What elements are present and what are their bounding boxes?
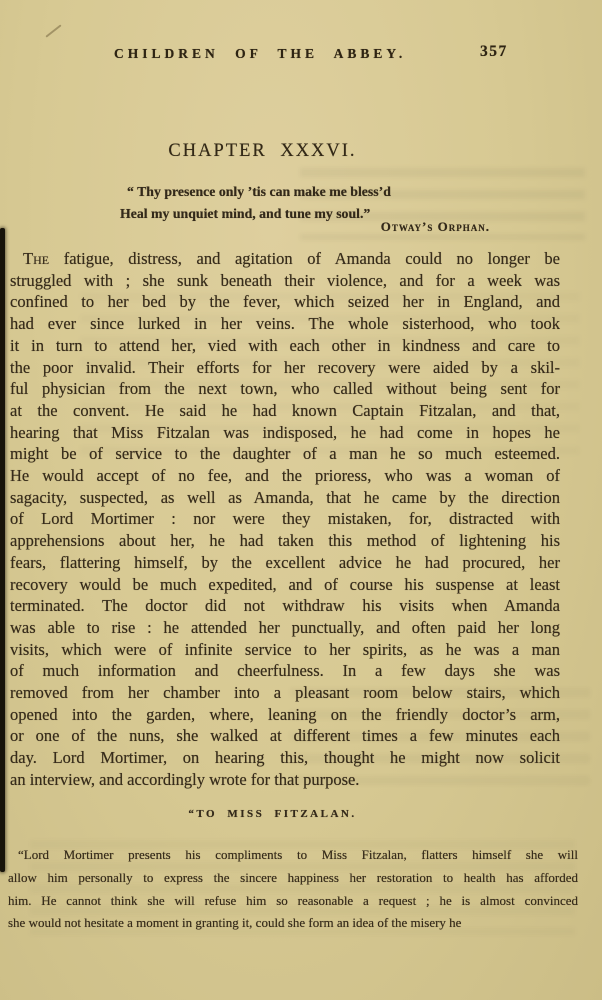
- body-line: might be of service to the daughter of a…: [10, 443, 560, 465]
- letter-salutation: “TO MISS FITZALAN.: [0, 808, 545, 820]
- body-line: recovery would be much expedited, and of…: [10, 574, 560, 596]
- letter-line: him. He cannot think she will refuse him…: [8, 890, 578, 913]
- letter-line: “Lord Mortimer presents his compliments …: [8, 844, 578, 867]
- epigraph-line-1: “ Thy presence only ’tis can make me ble…: [127, 181, 391, 203]
- body-line: the poor invalid. Their efforts for her …: [10, 357, 560, 379]
- body-line: day. Lord Mortimer, on hearing this, tho…: [10, 747, 560, 769]
- body-line: ful physician from the next town, who ca…: [10, 378, 560, 400]
- binding-shadow: [0, 228, 5, 872]
- body-line: struggled with ; she sunk beneath their …: [10, 270, 560, 292]
- body-line: had ever since lurked in her veins. The …: [10, 313, 560, 335]
- letter-body: “Lord Mortimer presents his compliments …: [8, 844, 578, 935]
- body-line: visits, which were of infinite service t…: [10, 639, 560, 661]
- body-line: confined to her bed by the fever, which …: [10, 291, 560, 313]
- body-line: was able to rise : he attended her punct…: [10, 617, 560, 639]
- body-line: The fatigue, distress, and agitation of …: [10, 248, 560, 270]
- body-line: terminated. The doctor did not withdraw …: [10, 595, 560, 617]
- body-line: hearing that Miss Fitzalan was indispose…: [10, 422, 560, 444]
- body-line: removed from her chamber into a pleasant…: [10, 682, 560, 704]
- body-paragraph: The fatigue, distress, and agitation of …: [10, 248, 560, 791]
- body-line: He would accept of no fee, and the prior…: [10, 465, 560, 487]
- body-line: or one of the nuns, she walked at differ…: [10, 725, 560, 747]
- book-page: CHILDREN OF THE ABBEY. 357 CHAPTER XXXVI…: [0, 0, 602, 1000]
- letter-line: she would not hesitate a moment in grant…: [8, 912, 578, 935]
- body-line: apprehensions about her, he had taken th…: [10, 530, 560, 552]
- chapter-heading: CHAPTER XXXVI.: [0, 141, 525, 162]
- lead-word: The: [23, 249, 49, 268]
- body-line: at the convent. He said he had known Cap…: [10, 400, 560, 422]
- body-line: sagacity, suspected, as well as Amanda, …: [10, 487, 560, 509]
- body-line: fears, flattering himself, by the excell…: [10, 552, 560, 574]
- body-line: an interview, and accordingly wrote for …: [10, 769, 560, 791]
- body-line: of much information and cheerfulness. In…: [10, 660, 560, 682]
- epigraph-attribution: Otway’s Orphan.: [0, 219, 490, 235]
- body-line-text: fatigue, distress, and agitation of Aman…: [64, 249, 560, 268]
- running-head: CHILDREN OF THE ABBEY.: [114, 46, 406, 62]
- ink-smudge: [45, 24, 61, 37]
- body-line: it in turn to attend her, vied with each…: [10, 335, 560, 357]
- body-line: of Lord Mortimer : nor were they mistake…: [10, 508, 560, 530]
- body-line: opened into the garden, where, leaning o…: [10, 704, 560, 726]
- letter-line: allow him personally to express the sinc…: [8, 867, 578, 890]
- page-number: 357: [480, 43, 508, 61]
